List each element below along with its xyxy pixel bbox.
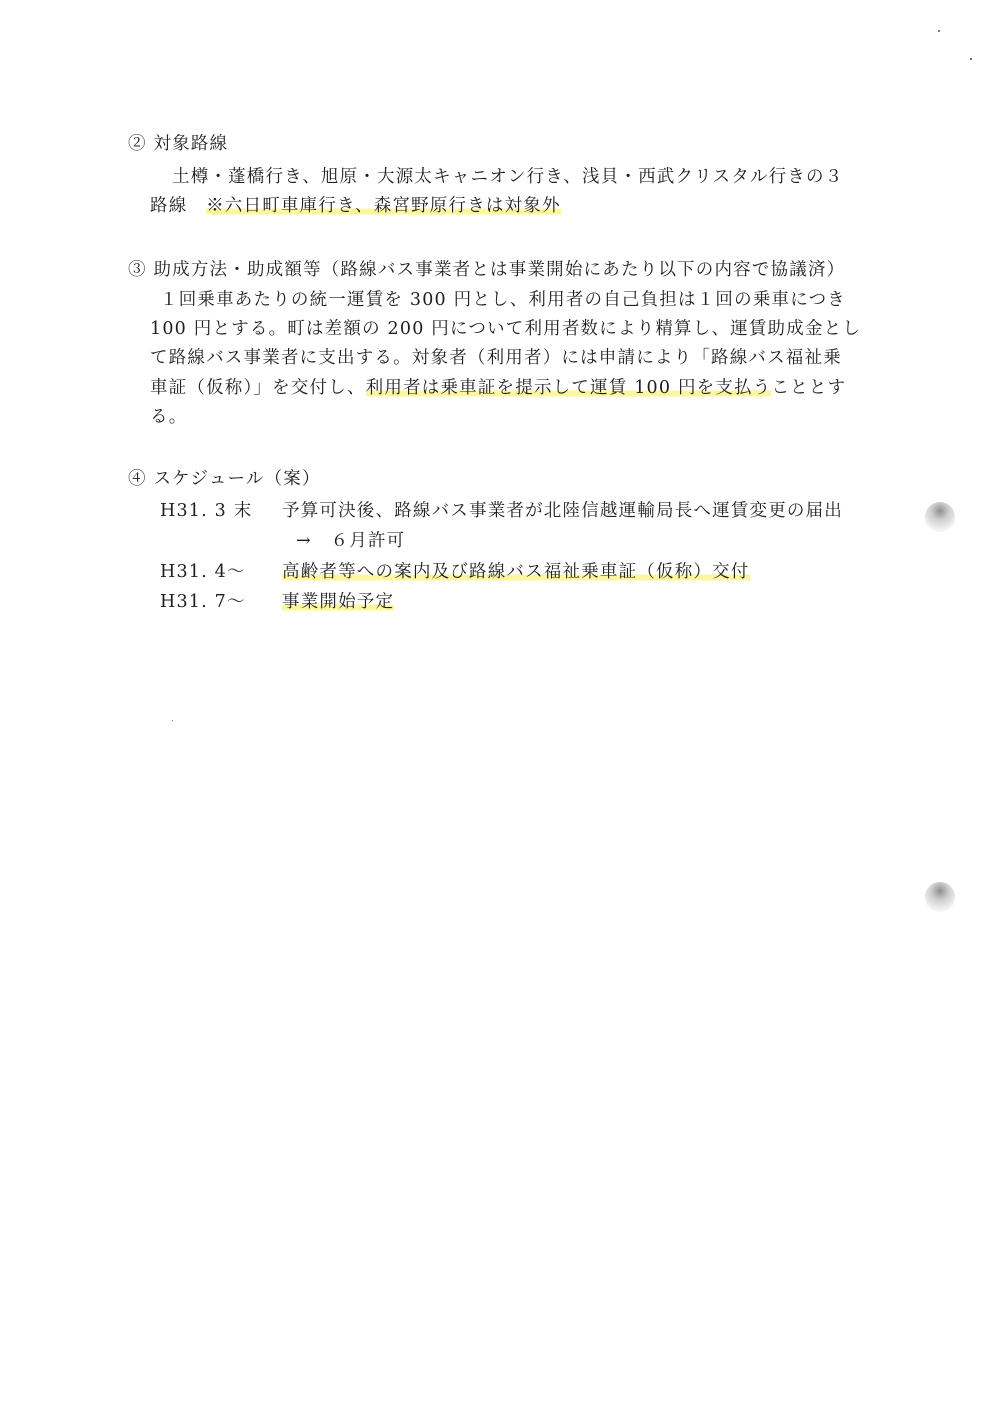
punch-hole-bottom [925,882,955,912]
section-3-line3: て路線バス事業者に支出する。対象者（利用者）には申請により「路線バス福祉乗 [150,347,842,369]
schedule-text-2: 高齢者等への案内及び路線バス福祉乗車証（仮称）交付 [282,561,750,583]
section-3-line4-suffix: こととす [771,378,846,398]
schedule-text-3: 事業開始予定 [282,591,394,613]
punch-hole-top [925,502,955,532]
section-2-line2: 路線 ※六日町車庫行き、森宮野原行きは対象外 [150,195,561,217]
section-2-line2-prefix: 路線 [150,196,206,216]
section-2-heading: ② 対象路線 [128,133,228,155]
section-3-line1: １回乗車あたりの統一運賃を 300 円とし、利用者の自己負担は１回の乗車につき [160,289,846,311]
schedule-text-1: 予算可決後、路線バス事業者が北陸信越運輸局長へ運賃変更の届出 [282,500,843,522]
section-3-heading: ③ 助成方法・助成額等（路線バス事業者とは事業開始にあたり以下の内容で協議済） [128,259,845,281]
section-2-routes: 土樽・蓬橋行き、旭原・大源太キャニオン行き、浅貝・西武クリスタル行きの３ [172,166,843,188]
schedule-sub-1: → ６月許可 [296,530,405,552]
schedule-text-3-highlight: 事業開始予定 [282,592,394,612]
scan-speck [970,58,972,60]
scan-speck [172,720,173,721]
document-page: ② 対象路線 土樽・蓬橋行き、旭原・大源太キャニオン行き、浅貝・西武クリスタル行… [0,0,1000,1412]
schedule-date-1: H31. 3 末 [160,500,252,522]
schedule-date-3: H31. 7～ [160,591,246,613]
schedule-date-2: H31. 4～ [160,561,246,583]
section-3-line2: 100 円とする。町は差額の 200 円について利用者数により精算し、運賃助成金… [150,318,861,340]
section-3-line5: る。 [150,406,187,428]
section-3-line4: 車証（仮称）」を交付し、利用者は乗車証を提示して運賃 100 円を支払うこととす [150,377,846,399]
excluded-routes-note: ※六日町車庫行き、森宮野原行きは対象外 [206,196,561,216]
section-3-line4-prefix: 車証（仮称）」を交付し、 [150,378,366,398]
schedule-text-2-highlight: 高齢者等への案内及び路線バス福祉乗車証（仮称）交付 [282,562,750,582]
scan-speck [938,30,940,32]
fare-payment-highlight: 利用者は乗車証を提示して運賃 100 円を支払う [366,378,772,398]
section-4-heading: ④ スケジュール（案） [128,468,321,490]
